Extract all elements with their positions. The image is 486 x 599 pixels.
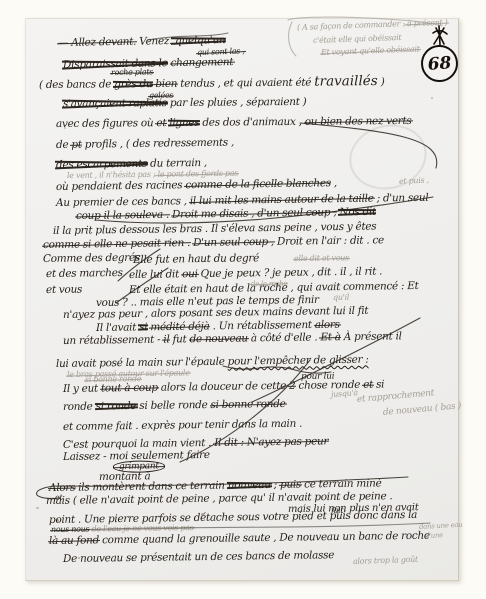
text-segment: où pendaient des racines [56,179,186,193]
text-segment: Nos dit [339,206,376,219]
text-segment: si [139,321,147,333]
text-segment: et [363,379,373,391]
manuscript-line: ( des bancs de grès du bien tendus , et … [39,74,385,93]
text-segment: ils montèrent dans ce terrain [75,480,228,494]
manuscript-line: ( A sa façon de commander : à présent ) [297,18,448,32]
manuscript-line: s'avançaient raplatis par les pluies , s… [63,96,307,110]
text-segment: lignes [169,117,199,129]
manuscript-line: de pt profils , ( des redressements , [56,137,234,152]
text-segment: Au premier de ces bancs , [56,195,190,209]
text-segment: tout à coup [101,382,158,395]
text-segment: ou bien des nez verts [305,115,412,128]
text-segment: grès du [114,78,152,90]
text-segment: médité déjà [150,320,209,333]
text-segment: avec des figures où [56,117,157,130]
text-segment: Elle fut en haut du degré [133,252,259,266]
text-segment: Que je peux ? je peux , dit . il , il ri… [198,265,383,280]
text-segment: alors trop la goût [353,555,418,566]
text-segment: si ronde [95,400,136,413]
text-segment: si belle ronde [136,399,210,412]
manuscript-line: avec des figures où et lignes des dos d'… [56,115,412,130]
text-segment: de nouveau [189,332,247,345]
text-segment: un rétablissement - [63,334,164,347]
text-segment: changement [170,56,233,69]
text-segment: du terrain , [147,157,207,170]
text-segment: Droit en l'air : dit . ce [274,234,384,248]
text-segment: Droit me disais , d'un seul coup , [172,206,337,220]
text-segment: il [163,334,169,346]
manuscript-line: et des marches [46,267,123,280]
manuscript-line: Et voyant qu'elle obéissait [321,45,420,58]
text-segment: coup il la souleva . [76,209,169,222]
text-segment: nouveau [228,479,271,492]
manuscript-line: lui avait posé la main sur l'épaule pour… [56,354,369,370]
manuscript-line: de nouveau ( bas ) [383,401,462,418]
manuscript-paper: — Allez devant. Venez. quelqu'unqui sont… [25,18,459,581]
text-segment: À présent il [341,330,402,343]
manuscript-line: — Allez devant. Venez. quelqu'un [58,34,226,49]
text-segment: alors la douceur de cette [158,380,289,394]
text-segment: ce terrain miné [301,477,382,490]
text-segment: et [156,117,166,129]
manuscript-line: d'une [425,531,443,540]
text-segment: Il dit : N'ayez pas peur [214,435,328,449]
manuscript-line: et vous [46,283,82,296]
text-segment: des escarpements [56,158,147,171]
text-segment: puis [280,478,301,490]
text-segment: nous nous [51,524,89,534]
text-segment: travaillés [314,73,378,90]
text-segment: tendus , et qui avaient été [177,77,314,90]
text-segment: De nouveau se présentait un de ces bancs… [63,549,334,565]
text-segment: ( A sa façon de commander : [297,19,405,32]
text-segment: ) [378,76,385,88]
text-segment: comme de la ficelle blanches [185,177,331,191]
text-segment: fait [331,506,343,515]
text-segment: par les pluies , séparaient ) [167,96,307,109]
text-segment: comme si elle ne pesait rien . [43,237,190,251]
text-segment: à présent ) [405,18,448,28]
text-segment: profils , ( des redressements , [82,137,234,151]
text-segment: ronde [63,401,96,413]
text-segment: — Allez devant. [58,36,136,49]
text-segment: lui avait posé la main sur l'épaule [56,356,228,370]
manuscript-line: dans une eau [419,521,463,531]
text-segment: le pont des fjords pas [155,169,238,179]
manuscript-line: comme si elle ne pesait rien . D'un seul… [43,234,384,251]
text-segment: alors [315,319,340,331]
text-segment: là au fond [49,534,99,547]
text-segment: bien [152,78,177,90]
manuscript-line: De nouveau se présentait un de ces bancs… [63,549,334,565]
text-segment: Comme des degrés [43,252,140,265]
manuscript-line: fait [331,506,343,515]
text-segment: il lui mit les mains autour de la taille [190,193,374,208]
text-segment: quelqu'un [172,34,225,47]
text-segment: . Un rétablissement [209,319,314,332]
text-segment: d'une [425,531,443,540]
text-segment: jusqu'à [331,388,358,399]
manuscript-line: ronde si ronde si belle ronde si bonne r… [63,398,286,413]
text-segment: et comme fait . exprès pour tenir dans l… [63,418,302,433]
text-segment: elle lui dit [129,268,182,281]
manuscript-line: Elle fut en haut du degré [133,252,259,266]
text-segment: Il y eut [63,382,101,395]
manuscript-line: alors trop la goût [353,555,418,566]
text-segment: de nouveau ( bas ) [383,401,462,418]
text-segment: Venez. [136,35,172,48]
text-segment: pour l'empêcher de glisser : [228,354,369,368]
manuscript-line: qu'il [333,293,349,302]
manuscript-photo: — Allez devant. Venez. quelqu'unqui sont… [0,0,486,599]
manuscript-line: c'était elle qui obéissait [313,33,402,45]
manuscript-line: et comme fait . exprès pour tenir dans l… [63,418,302,433]
text-segment: c'était elle qui obéissait [313,33,402,45]
text-segment: à côté d'elle . [248,331,321,344]
page-number: 68 [427,53,452,75]
text-segment: ( des bancs de [39,78,114,91]
text-segment: , [331,177,337,189]
text-segment: le vent , il n'hésita pas ; [67,170,155,180]
manuscript-line: elle dit et vous [294,253,349,263]
manuscript-line: et puis , [399,175,429,186]
text-segment: Il l'avait [96,321,139,334]
text-segment: s'avançaient raplatis [63,97,167,110]
text-segment: si bonne ronde [210,398,285,411]
text-segment: D'un seul coup , [193,236,274,249]
text-segment: pt [71,139,82,151]
text-segment: si [373,379,384,391]
manuscript-line: jusqu'à [331,388,358,399]
text-segment: de l'eau je ne vous vois pas [91,523,193,533]
manuscript-line: elle lui dit oui Que je peux ? je peux ,… [129,265,382,281]
text-segment: 2 [289,380,296,392]
text-segment: Et voyant qu'elle obéissait [321,45,420,57]
text-segment: et vous [46,283,82,296]
text-segment: fut [169,333,189,345]
manuscript-line: Comme des degrés [43,252,140,265]
manuscript-line: où pendaient des racines comme de la fic… [56,177,337,193]
text-segment: et des marches [46,267,123,280]
text-segment: des dos d'animaux , [199,116,304,129]
text-segment: elle dit et vous [294,253,349,263]
manuscript-line: coup il la souleva . Droit me disais , d… [76,206,376,222]
text-segment: oui [182,268,198,280]
manuscript-line: et rapprochement [357,388,435,405]
text-segment: et puis , [399,175,429,186]
text-segment: dans une eau [419,521,463,531]
text-segment: qu'il [333,293,349,302]
text-segment: ; d'un seul [374,192,429,205]
text-segment: Et à [320,331,340,343]
manuscript-text-layer: — Allez devant. Venez. quelqu'unqui sont… [1,1,486,599]
